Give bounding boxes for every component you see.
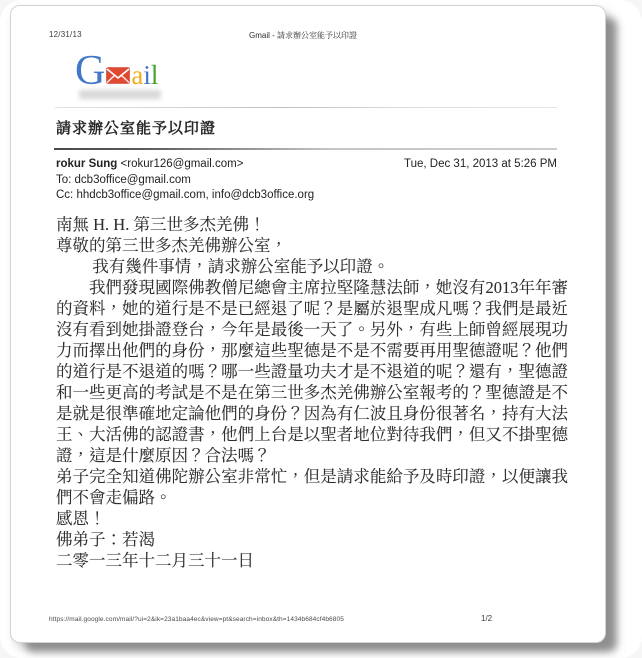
- salutation-line-2: 尊敬的第三世多杰羌佛辦公室，: [56, 235, 568, 256]
- screenshot-root: { "print_header": { "date": "12/31/13", …: [0, 0, 642, 658]
- second-paragraph: 弟子完全知道佛陀辦公室非常忙，但是請求能給予及時印證，以便讓我們不會走偏路。: [56, 466, 568, 508]
- cc-line: Cc: hhdcb3office@gmail.com, info@dcb3off…: [56, 188, 557, 204]
- print-footer: https://mail.google.com/mail/?ui=2&ik=23…: [49, 616, 565, 626]
- logo-letter-a: a: [131, 62, 143, 89]
- to-line: To: dcb3office@gmail.com: [56, 173, 557, 189]
- date-line: 二零一三年十二月三十一日: [56, 550, 568, 571]
- email-subject-title: 請求辦公室能予以印證: [56, 117, 557, 138]
- signature-line: 佛弟子：若渴: [56, 529, 568, 550]
- logo-letter-g: G: [75, 50, 105, 92]
- print-header: 12/31/13 Gmail - 請求辦公室能予以印證: [49, 30, 557, 42]
- message-separator: [54, 148, 557, 150]
- logo-row: G a i l: [49, 48, 557, 100]
- logo-letter-i: i: [143, 62, 151, 89]
- sender-email: <rokur126@gmail.com>: [121, 158, 244, 170]
- thanks-line: 感恩！: [56, 508, 568, 529]
- header-divider: [55, 107, 557, 108]
- message-date: Tue, Dec 31, 2013 at 5:26 PM: [404, 157, 557, 173]
- logo-letter-l: l: [151, 62, 159, 89]
- sender-name: rokur Sung: [56, 158, 117, 170]
- sender-line: rokur Sung <rokur126@gmail.com>: [56, 157, 243, 173]
- redacted-account-smudge: [79, 90, 161, 99]
- print-header-title: Gmail - 請求辦公室能予以印證: [49, 30, 557, 41]
- message-header: rokur Sung <rokur126@gmail.com> Tue, Dec…: [56, 157, 557, 204]
- main-paragraph: 我們發現國際佛教僧尼總會主席拉堅隆慧法師，她沒有2013年年審的資料，她的道行是…: [56, 277, 568, 466]
- page-number: 1/2: [481, 614, 492, 623]
- sender-row: rokur Sung <rokur126@gmail.com> Tue, Dec…: [56, 157, 557, 173]
- intro-paragraph: 我有幾件事情，請求辦公室能予以印證。: [56, 256, 568, 277]
- gmail-logo: G a i l: [75, 50, 158, 92]
- email-body: 南無 H. H. 第三世多杰羌佛！ 尊敬的第三世多杰羌佛辦公室， 我有幾件事情，…: [56, 214, 568, 571]
- print-footer-url: https://mail.google.com/mail/?ui=2&ik=23…: [49, 616, 344, 623]
- gmail-envelope-icon: [106, 67, 130, 88]
- salutation-line-1: 南無 H. H. 第三世多杰羌佛！: [56, 214, 568, 235]
- printed-email-page: 12/31/13 Gmail - 請求辦公室能予以印證 G a i l 請求辦公…: [10, 5, 606, 643]
